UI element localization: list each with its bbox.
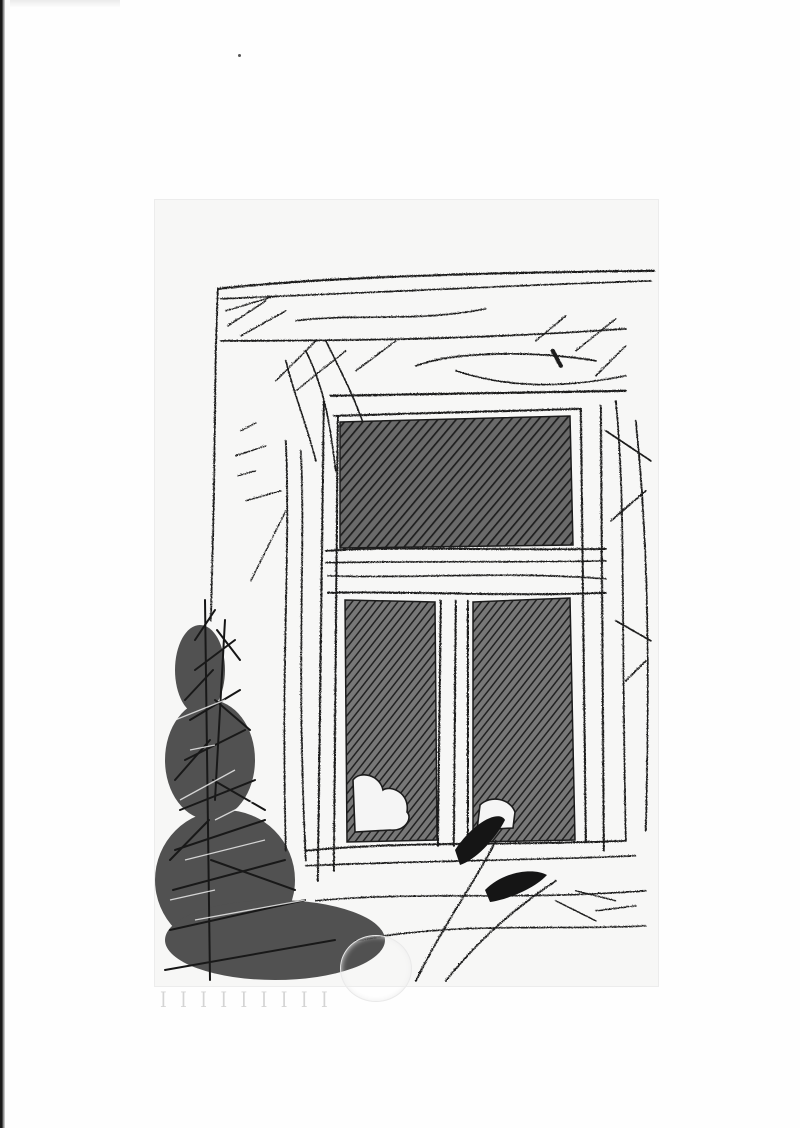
etching-illustration xyxy=(155,200,658,986)
ink-speck xyxy=(238,54,241,57)
pencil-inscription: ꟾ ꟾ ꟾ ꟾ ꟾ ꟾ ꟾ ꟾ ꟾ xyxy=(160,992,330,1016)
scan-smudge xyxy=(10,0,120,8)
blind-stamp xyxy=(340,935,412,1002)
etching-plate xyxy=(155,200,658,986)
scan-edge xyxy=(0,0,5,1128)
